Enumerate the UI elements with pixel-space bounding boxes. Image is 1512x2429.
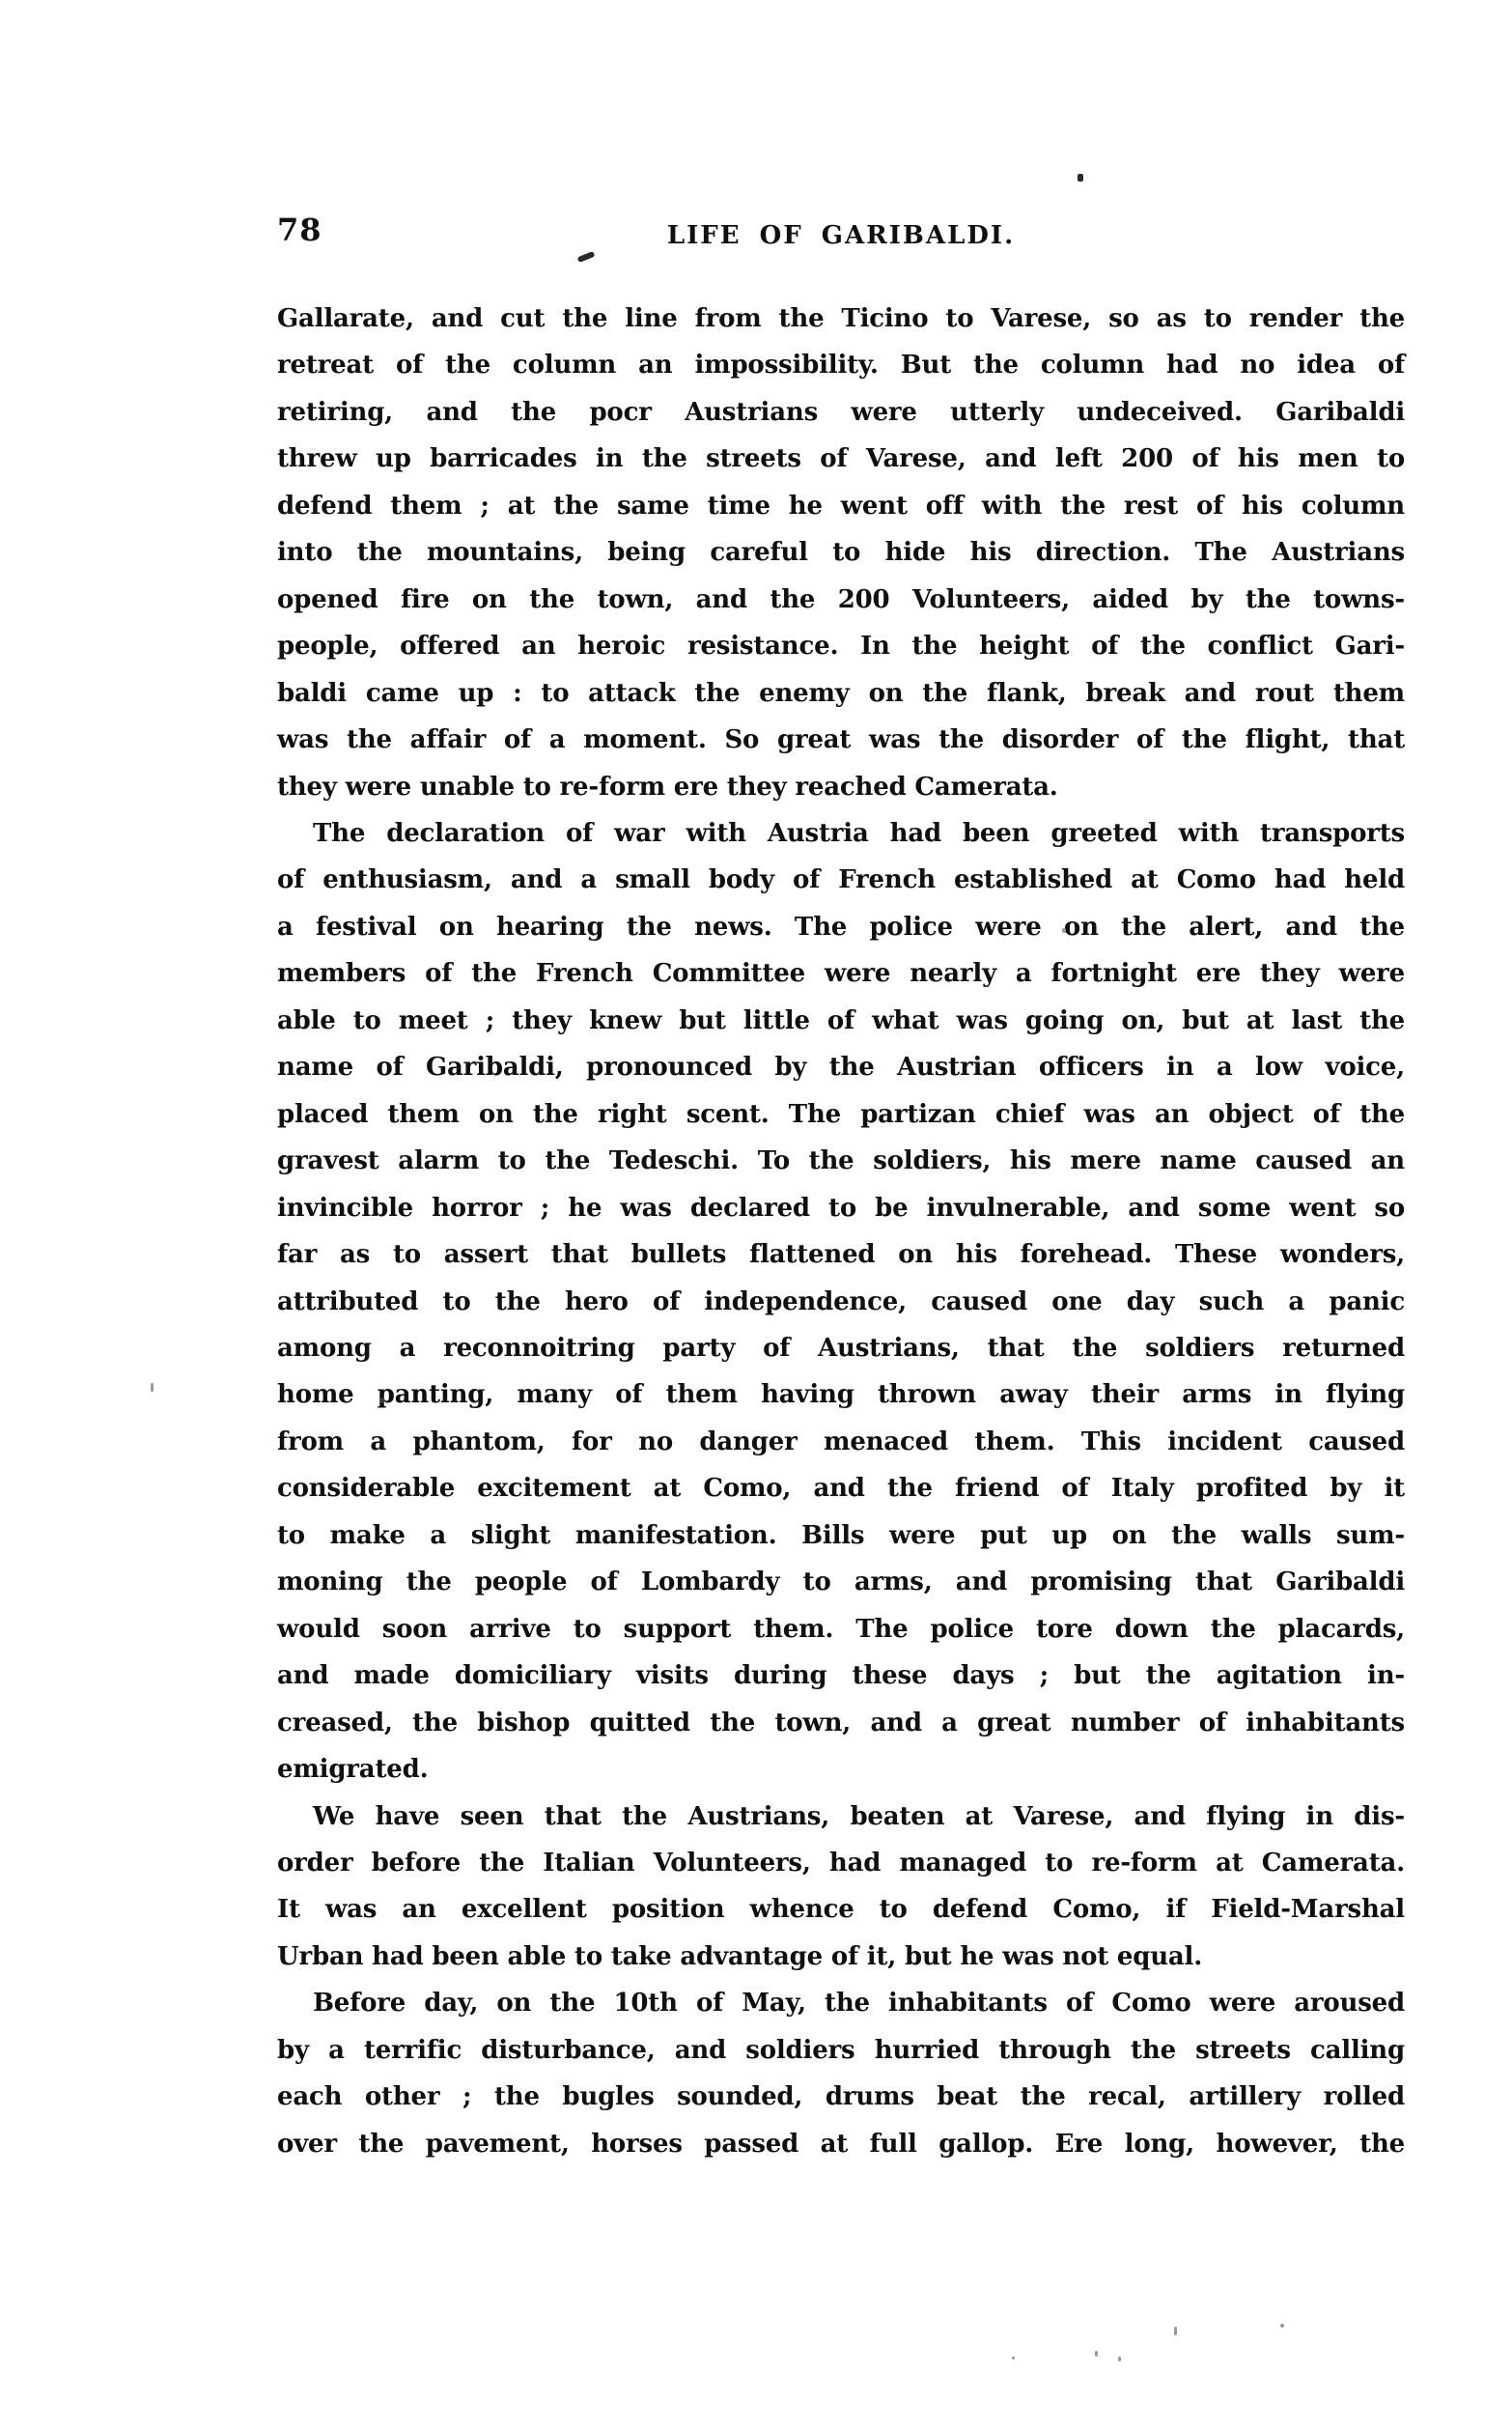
text-line: considerable excitement at Como, and the… (277, 1465, 1405, 1511)
text-line: emigrated. (277, 1746, 1405, 1793)
scan-speckle (380, 1398, 384, 1403)
text-line: The declaration of war with Austria had … (277, 810, 1405, 857)
scan-speckle (1062, 928, 1066, 933)
text-line: by a terrific disturbance, and soldiers … (277, 2027, 1405, 2074)
text-line: threw up barricades in the streets of Va… (277, 436, 1405, 482)
text-line: far as to assert that bullets flattened … (277, 1231, 1405, 1278)
text-line: gravest alarm to the Tedeschi. To the so… (277, 1138, 1405, 1184)
text-line: a festival on hearing the news. The poli… (277, 904, 1405, 950)
text-line: Gallarate, and cut the line from the Tic… (277, 296, 1405, 342)
text-line: of enthusiasm, and a small body of Frenc… (277, 857, 1405, 903)
text-line: It was an excellent position whence to d… (277, 1886, 1405, 1933)
scan-speckle (1012, 2357, 1015, 2359)
text-line: retreat of the column an impossibility. … (277, 342, 1405, 388)
text-line: baldi came up : to attack the enemy on t… (277, 670, 1405, 717)
text-line: they were unable to re-form ere they rea… (277, 764, 1405, 810)
text-line: people, offered an heroic resistance. In… (277, 623, 1405, 669)
scan-speckle (1118, 2357, 1121, 2361)
text-line: into the mountains, being careful to hid… (277, 529, 1405, 576)
text-line: attributed to the hero of independence, … (277, 1279, 1405, 1325)
text-line: was the affair of a moment. So great was… (277, 717, 1405, 763)
text-line: defend them ; at the same time he went o… (277, 483, 1405, 529)
text-line: home panting, many of them having thrown… (277, 1371, 1405, 1418)
scan-speckle (577, 251, 596, 263)
scan-speckle (1174, 2327, 1177, 2335)
text-line: Before day, on the 10th of May, the inha… (277, 1980, 1405, 2026)
scan-speckle (1095, 2351, 1098, 2357)
text-line: over the pavement, horses passed at full… (277, 2121, 1405, 2167)
text-line: Urban had been able to take advantage of… (277, 1934, 1405, 1980)
text-line: order before the Italian Volunteers, had… (277, 1840, 1405, 1886)
text-line: We have seen that the Austrians, beaten … (277, 1794, 1405, 1840)
scan-speckle (1078, 174, 1083, 182)
text-line: able to meet ; they knew but little of w… (277, 998, 1405, 1044)
scan-speckle (1280, 2324, 1284, 2328)
text-line: placed them on the right scent. The part… (277, 1091, 1405, 1138)
text-line: and made domiciliary visits during these… (277, 1652, 1405, 1699)
text-line: creased, the bishop quitted the town, an… (277, 1700, 1405, 1746)
text-line: moning the people of Lombardy to arms, a… (277, 1559, 1405, 1605)
text-line: retiring, and the pocr Austrians were ut… (277, 389, 1405, 436)
scan-speckle (151, 1383, 154, 1392)
text-line: would soon arrive to support them. The p… (277, 1606, 1405, 1652)
text-line: members of the French Committee were nea… (277, 950, 1405, 997)
book-page: 78 LIFE OF GARIBALDI. Gallarate, and cut… (0, 0, 1512, 2429)
text-line: each other ; the bugles sounded, drums b… (277, 2074, 1405, 2120)
text-line: opened fire on the town, and the 200 Vol… (277, 577, 1405, 623)
body-text: Gallarate, and cut the line from the Tic… (277, 296, 1405, 2167)
text-line: invincible horror ; he was declared to b… (277, 1185, 1405, 1231)
text-line: among a reconnoitring party of Austrians… (277, 1325, 1405, 1371)
text-line: from a phantom, for no danger menaced th… (277, 1419, 1405, 1465)
text-line: to make a slight manifestation. Bills we… (277, 1512, 1405, 1559)
text-line: name of Garibaldi, pronounced by the Aus… (277, 1044, 1405, 1090)
running-head-title: LIFE OF GARIBALDI. (277, 223, 1405, 248)
